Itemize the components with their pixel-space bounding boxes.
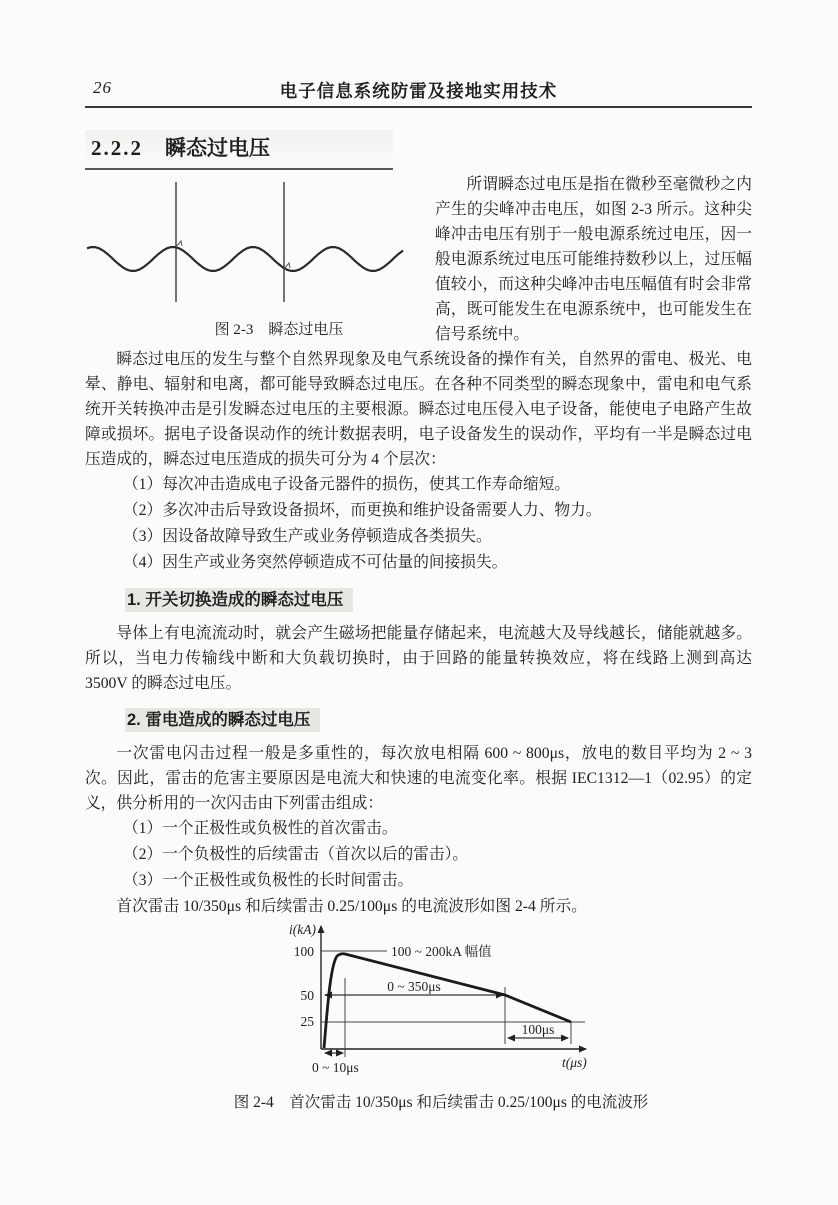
paragraph-intro-2: 瞬态过电压的发生与整个自然界现象及电气系统设备的操作有关，自然界的雷电、极光、电… [85, 347, 752, 472]
duration-annotation: 0 ~ 350μs [387, 979, 441, 994]
tail-annotation: 100μs [522, 1022, 555, 1037]
y-axis-label: i(kA) [289, 922, 316, 937]
strike-type-item: （3）一个正极性或负极性的长时间雷击。 [85, 868, 752, 894]
loss-level-item: （2）多次冲击后导致设备损坏，而更换和维护设备需要人力、物力。 [85, 498, 752, 524]
subsection-1-heading: 1. 开关切换造成的瞬态过电压 [125, 588, 752, 613]
figure-2-4: i(kA) t(μs) 100 50 25 100 ~ 200kA 幅值 0 ~… [248, 914, 618, 1109]
y-tick-50: 50 [301, 988, 315, 1003]
strike-type-item: （2）一个负极性的后续雷击（首次以后的雷击）。 [85, 842, 752, 868]
subsection-2-body: 一次雷电闪击过程一般是多重性的，每次放电相隔 600 ~ 800μs，放电的数目… [85, 741, 752, 816]
sine-wave [87, 247, 403, 271]
strike-type-item: （1）一个正极性或负极性的首次雷击。 [85, 816, 752, 842]
section-heading: 2.2.2瞬态过电压 [85, 130, 393, 170]
loss-level-item: （4）因生产或业务突然停顿造成不可估量的间接损失。 [85, 550, 752, 576]
subsection-1-body: 导体上有电流流动时，就会产生磁场把能量存储起来，电流越大及导线越长，储能就越多。… [85, 621, 752, 696]
y-tick-25: 25 [301, 1014, 315, 1029]
body-text: 图 2-3 瞬态过电压 所谓瞬态过电压是指在微秒至毫微秒之内产生的尖峰冲击电压，… [85, 172, 752, 919]
section-title: 瞬态过电压 [165, 137, 270, 160]
figure-2-3: 图 2-3 瞬态过电压 [85, 174, 407, 344]
subsection-2-heading: 2. 雷电造成的瞬态过电压 [125, 708, 752, 733]
figure-2-3-caption: 图 2-3 瞬态过电压 [85, 318, 407, 343]
spike-notch-1 [176, 241, 182, 247]
figure-2-4-caption: 图 2-4 首次雷击 10/350μs 和后续雷击 0.25/100μs 的电流… [85, 1090, 797, 1112]
front-time-annotation: 0 ~ 10μs [312, 1060, 359, 1075]
amplitude-annotation: 100 ~ 200kA 幅值 [391, 943, 492, 959]
book-page: 26 电子信息系统防雷及接地实用技术 2.2.2瞬态过电压 图 2-3 瞬态过电… [0, 0, 838, 1205]
loss-level-item: （1）每次冲击造成电子设备元器件的损伤，使其工作寿命缩短。 [85, 472, 752, 498]
current-waveform-chart: i(kA) t(μs) 100 50 25 100 ~ 200kA 幅值 0 ~… [248, 914, 618, 1104]
x-axis-label: t(μs) [562, 1055, 587, 1070]
page-header: 26 电子信息系统防雷及接地实用技术 [85, 76, 752, 108]
y-tick-100: 100 [294, 944, 315, 959]
spike-notch-2 [284, 263, 290, 269]
loss-level-item: （3）因设备故障导致生产或业务停顿造成各类损失。 [85, 524, 752, 550]
transient-wave-diagram [85, 174, 407, 314]
running-head-title: 电子信息系统防雷及接地实用技术 [85, 78, 752, 103]
section-number: 2.2.2 [91, 136, 143, 160]
